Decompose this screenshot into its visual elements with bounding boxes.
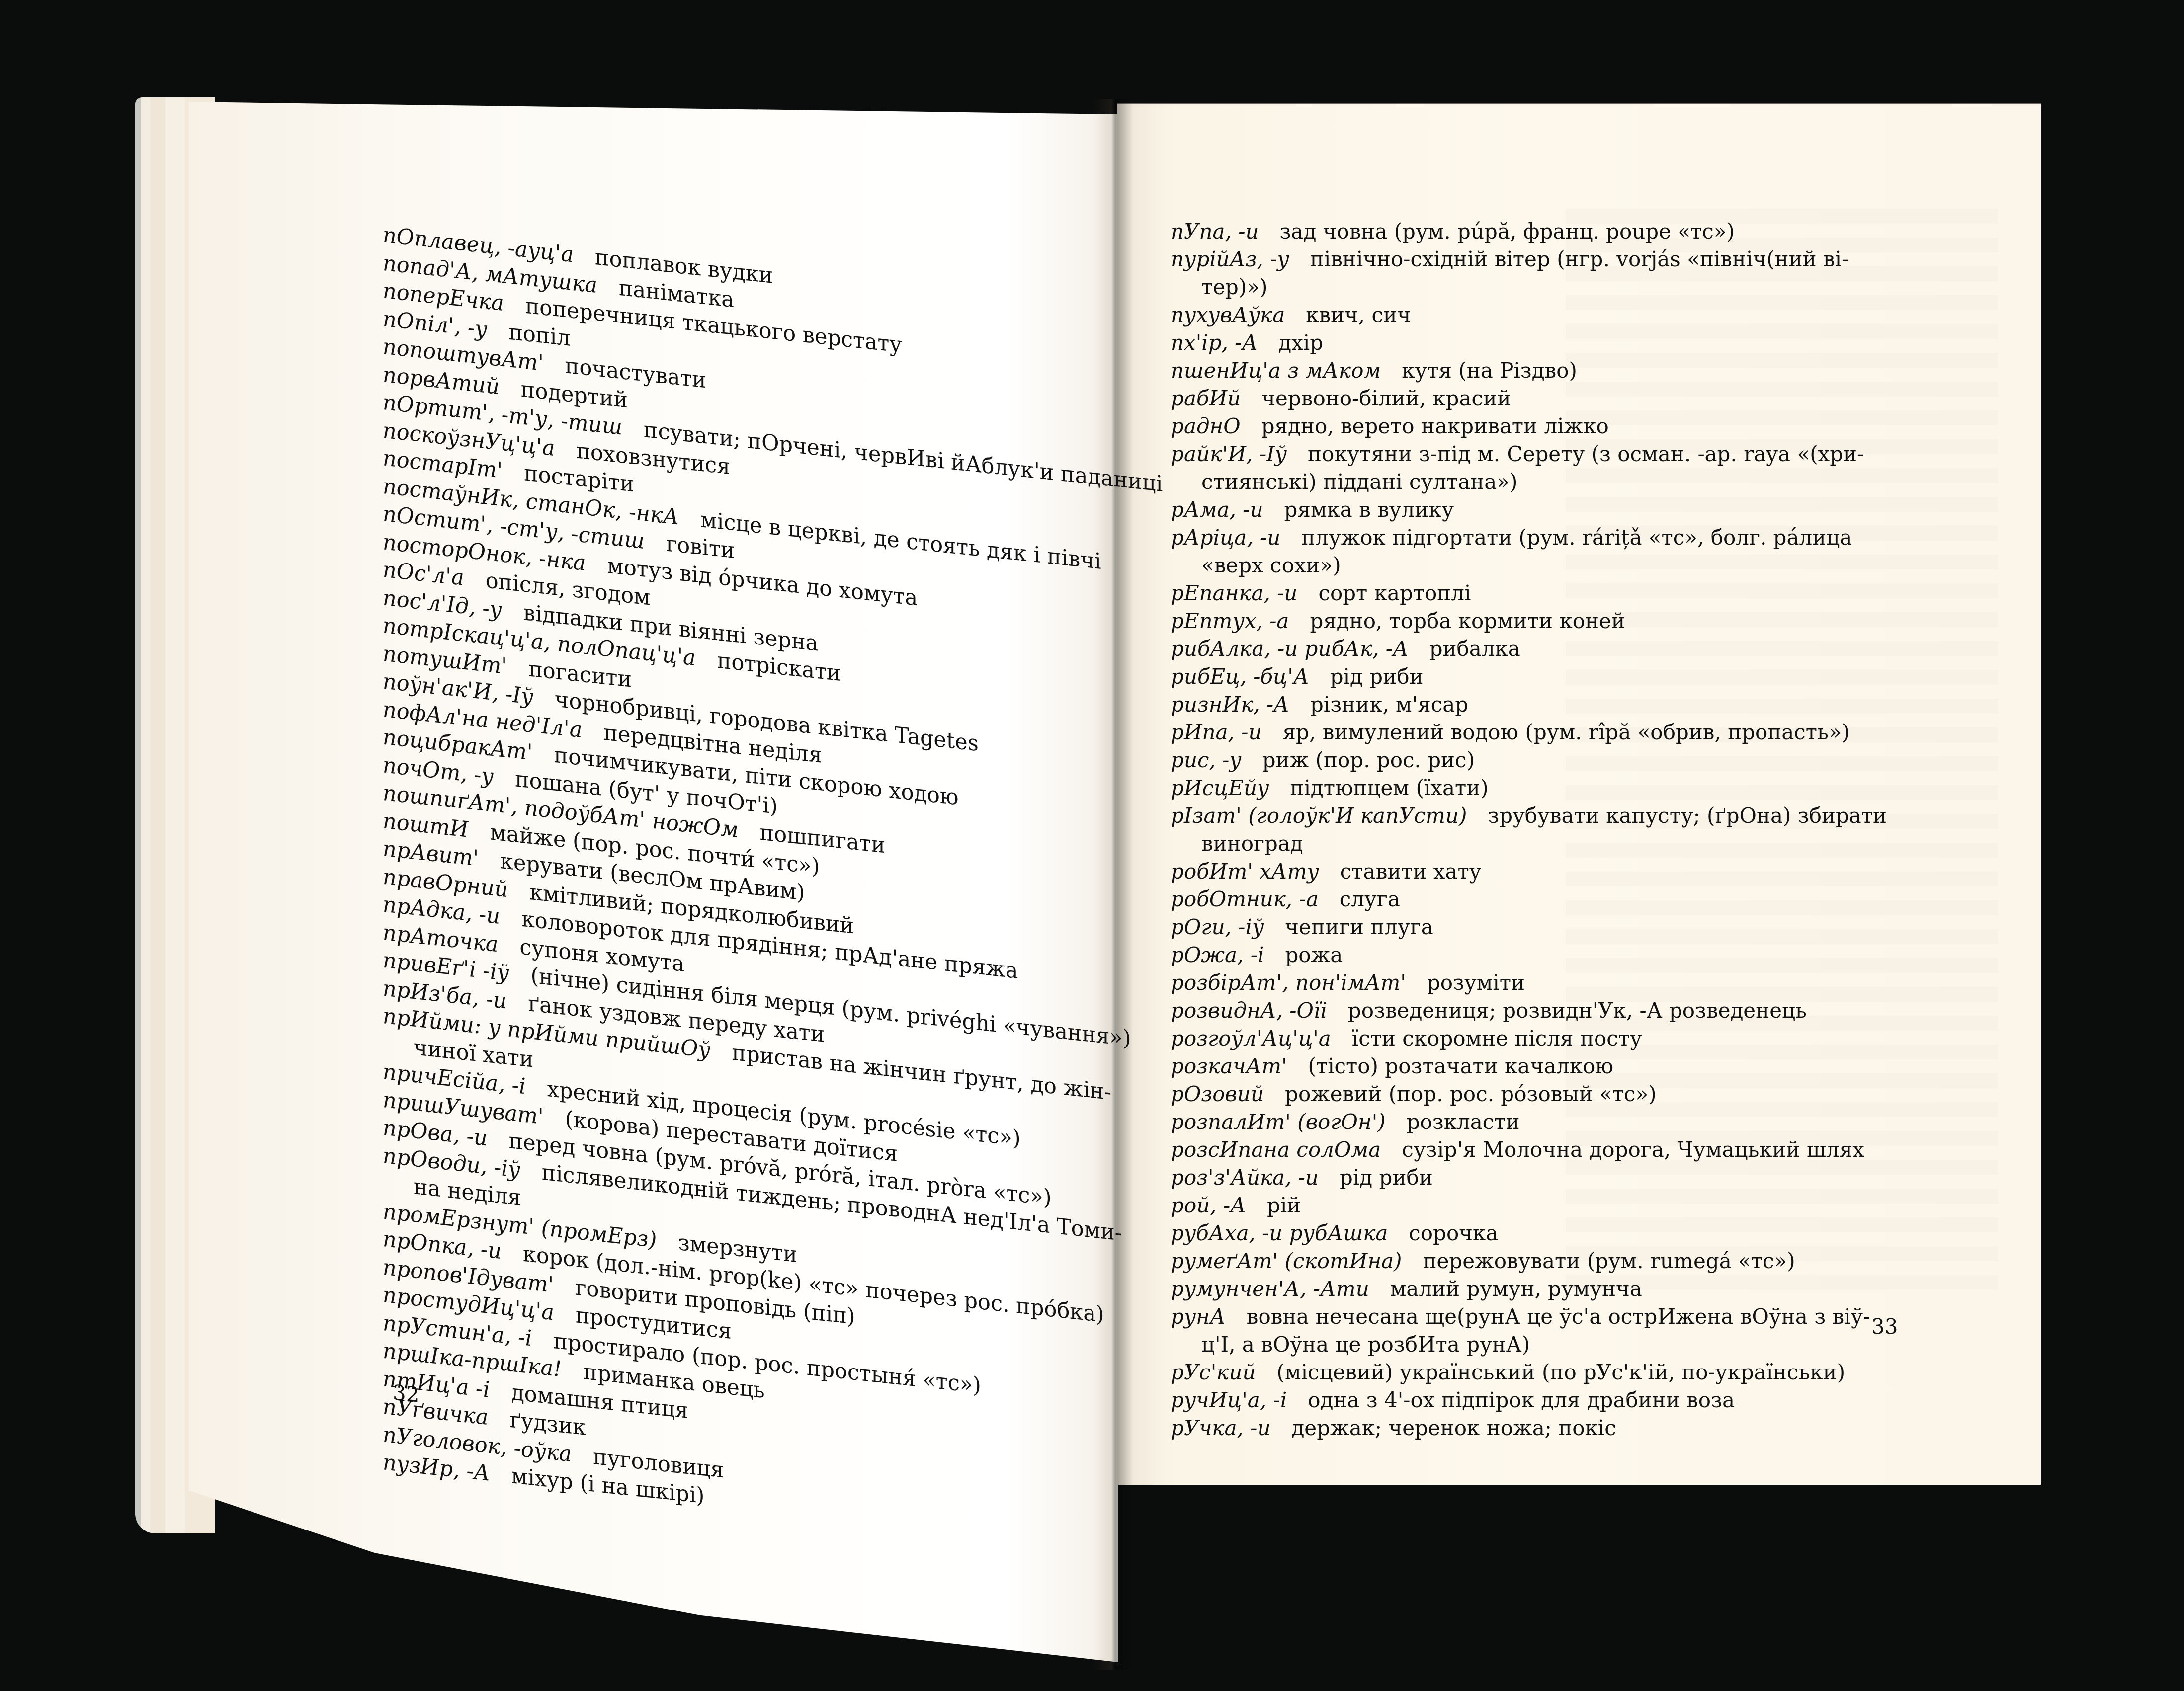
headword: розбірАт', пон'імАт' [1171, 970, 1406, 995]
dictionary-entry: розсИпана солОма сузір'я Молочна дорога,… [1171, 1136, 1886, 1164]
definition-continuation: ц'І, а вОўна це розбИта рунА) [1171, 1331, 1886, 1359]
dictionary-entry: рибАлка, -и рибАк, -А рибалка [1171, 635, 1886, 663]
definition: риж (пор. рос. рис) [1262, 748, 1475, 772]
definition: пережовувати (рум. rumegá «тс») [1423, 1249, 1795, 1273]
dictionary-entry: рЕпанка, -и сорт картоплі [1171, 579, 1886, 607]
definition: ставити хату [1340, 859, 1482, 884]
definition: рядно, верето накривати ліжко [1261, 414, 1609, 438]
headword: розпалИт' (вогОн') [1171, 1110, 1386, 1134]
dictionary-entry: рунА вовна нечесана ще(рунА це ўс'а остр… [1171, 1303, 1886, 1331]
definition: рожевий (пор. рос. ро́зовый «тс») [1285, 1082, 1657, 1106]
definition: кутя (на Різдво) [1402, 358, 1577, 383]
dictionary-entry: рой, -А рій [1171, 1192, 1886, 1219]
definition-continuation: тер)») [1171, 273, 1886, 301]
headword: рОжа, -і [1171, 943, 1264, 967]
definition: рибалка [1429, 637, 1520, 661]
dictionary-entry: рОжа, -і рожа [1171, 941, 1886, 969]
dictionary-entry: румеґАт' (скотИна) пережовувати (рум. ru… [1171, 1247, 1886, 1275]
definition: (місцевий) український (по рУс'к'ій, по-… [1277, 1360, 1846, 1384]
definition: (тісто) розтачати качалкою [1308, 1054, 1613, 1078]
dictionary-entry: рИсцЕйу підтюпцем (їхати) [1171, 774, 1886, 802]
dictionary-entry: розбірАт', пон'імАт' розуміти [1171, 969, 1886, 997]
dictionary-entry: райк'И, -Іў покутяни з-під м. Серету (з … [1171, 440, 1886, 468]
definition: сорочка [1409, 1221, 1498, 1245]
headword: пшенИц'а з мАком [1171, 358, 1381, 383]
definition: північно-східній вітер (нгр. vorjás «пів… [1310, 247, 1848, 271]
headword: рубАха, -и рубАшка [1171, 1221, 1388, 1245]
dictionary-entry: пурійАз, -у північно-східній вітер (нгр.… [1171, 245, 1886, 273]
dictionary-entry: рІзат' (голоўк'И капУсти) зрубувати капу… [1171, 802, 1886, 830]
definition: зрубувати капусту; (ґрОна) збирати [1488, 804, 1887, 828]
dictionary-entry: робОтник, -а слуга [1171, 886, 1886, 913]
dictionary-entry: рУчка, -и держак; черенок ножа; покіс [1171, 1414, 1886, 1442]
dictionary-entry: рИпа, -и яр, вимулений водою (рум. rîpă … [1171, 719, 1886, 746]
dictionary-entry: рис, -у риж (пор. рос. рис) [1171, 746, 1886, 774]
book-spine [1093, 99, 1133, 1670]
dictionary-entry: розкачАт' (тісто) розтачати качалкою [1171, 1052, 1886, 1080]
definition: рямка в вулику [1284, 497, 1454, 522]
headword: рой, -А [1171, 1193, 1246, 1217]
headword: розгоўл'Ац'ц'а [1171, 1026, 1331, 1050]
dictionary-entry: рЕптух, -а рядно, торба кормити коней [1171, 607, 1886, 635]
definition: сорт картоплі [1318, 581, 1471, 605]
definition: яр, вимулений водою (рум. rîpă «обрив, п… [1283, 720, 1850, 744]
headword: рабИй [1171, 386, 1241, 410]
dictionary-entry: рУс'кий (місцевий) український (по рУс'к… [1171, 1359, 1886, 1386]
definition: малий румун, румунча [1390, 1277, 1642, 1301]
page-number-right: 33 [1871, 1314, 1898, 1339]
headword: роз'з'Айка, -и [1171, 1165, 1319, 1190]
dictionary-entry: роз'з'Айка, -и рід риби [1171, 1164, 1886, 1192]
dictionary-entry: пх'ір, -А дхір [1171, 329, 1886, 357]
headword: робОтник, -а [1171, 887, 1319, 911]
definition: рій [1267, 1193, 1301, 1217]
definition: попіл [508, 319, 570, 351]
definition: слуга [1340, 887, 1400, 911]
headword: рАма, -и [1171, 497, 1263, 522]
definition-continuation: стиянські) піддані султана») [1171, 468, 1886, 496]
headword: пх'ір, -А [1171, 330, 1258, 355]
definition: рід риби [1340, 1165, 1433, 1190]
definition: рядно, торба кормити коней [1310, 609, 1625, 633]
dictionary-entry: рАріца, -и плужок підгортати (рум. ráriț… [1171, 524, 1886, 552]
dictionary-entry: ризнИк, -А різник, м'ясар [1171, 691, 1886, 719]
headword: рИпа, -и [1171, 720, 1262, 744]
headword: рибЕц, -бц'А [1171, 664, 1309, 689]
headword: робИт' хАту [1171, 859, 1319, 884]
headword: рЕпанка, -и [1171, 581, 1297, 605]
open-book: пОплавец, -ауц'а поплавок вудкипопад'А, … [0, 0, 2184, 1691]
dictionary-entry: рибЕц, -бц'А рід риби [1171, 663, 1886, 691]
dictionary-entry: розгоўл'Ац'ц'а їсти скоромне після посту [1171, 1025, 1886, 1052]
headword: рибАлка, -и рибАк, -А [1171, 637, 1409, 661]
page-number-left: 32 [393, 1380, 419, 1407]
headword: розсИпана солОма [1171, 1137, 1381, 1162]
dictionary-entry: рОги, -іў чепиги плуга [1171, 913, 1886, 941]
headword: рОзовий [1171, 1082, 1264, 1106]
definition: рожа [1285, 943, 1343, 967]
definition: одна з 4'-ох підпірок для драбини воза [1308, 1388, 1735, 1412]
right-page-entries: пУпа, -и зад човна (рум. púpă, франц. po… [1171, 218, 1886, 1442]
headword: пУпа, -и [1171, 219, 1259, 243]
dictionary-entry: пшенИц'а з мАком кутя (на Різдво) [1171, 357, 1886, 385]
definition: держак; черенок ножа; покіс [1291, 1416, 1616, 1440]
definition: дхір [1278, 330, 1323, 355]
headword: рУчка, -и [1171, 1416, 1270, 1440]
definition: їсти скоромне після посту [1352, 1026, 1642, 1050]
dictionary-entry: ручИц'а, -і одна з 4'-ох підпірок для др… [1171, 1386, 1886, 1414]
definition: плужок підгортати (рум. rárițǎ «тс», бол… [1301, 525, 1852, 550]
definition: розуміти [1427, 970, 1525, 995]
headword: ручИц'а, -і [1171, 1388, 1287, 1412]
definition: чепиги плуга [1285, 915, 1433, 939]
headword: рУс'кий [1171, 1360, 1256, 1384]
headword: рАріца, -и [1171, 525, 1280, 550]
definition: розведениця; розвидн'Ук, -А розведенець [1348, 998, 1807, 1023]
definition: різник, м'ясар [1310, 692, 1468, 717]
definition: зад човна (рум. púpă, франц. poupe «тс») [1279, 219, 1735, 243]
dictionary-entry: рубАха, -и рубАшка сорочка [1171, 1219, 1886, 1247]
dictionary-entry: розпалИт' (вогОн') розкласти [1171, 1108, 1886, 1136]
headword: пурійАз, -у [1171, 247, 1289, 271]
headword: ризнИк, -А [1171, 692, 1289, 717]
definition: покутяни з-під м. Серету (з осман. -ар. … [1308, 442, 1864, 466]
headword: рИсцЕйу [1171, 776, 1269, 800]
headword: раднО [1171, 414, 1241, 438]
dictionary-entry: румунчен'А, -Ати малий румун, румунча [1171, 1275, 1886, 1303]
dictionary-entry: робИт' хАту ставити хату [1171, 858, 1886, 886]
left-page-entries: пОплавец, -ауц'а поплавок вудкипопад'А, … [383, 221, 1089, 1550]
dictionary-entry: пУпа, -и зад човна (рум. púpă, франц. po… [1171, 218, 1886, 245]
headword: розкачАт' [1171, 1054, 1287, 1078]
definition: червоно-білий, красий [1261, 386, 1511, 410]
dictionary-entry: пухувАўка квич, сич [1171, 301, 1886, 329]
definition: розкласти [1407, 1110, 1520, 1134]
dictionary-entry: рабИй червоно-білий, красий [1171, 385, 1886, 412]
dictionary-entry: рАма, -и рямка в вулику [1171, 496, 1886, 524]
headword: розвиднА, -Оїі [1171, 998, 1327, 1023]
definition-continuation: «верх сохи») [1171, 552, 1886, 579]
headword: румеґАт' (скотИна) [1171, 1249, 1402, 1273]
headword: райк'И, -Іў [1171, 442, 1287, 466]
dictionary-entry: рОзовий рожевий (пор. рос. ро́зовый «тс»… [1171, 1080, 1886, 1108]
definition: рід риби [1330, 664, 1424, 689]
headword: рІзат' (голоўк'И капУсти) [1171, 804, 1467, 828]
definition-continuation: виноград [1171, 830, 1886, 858]
definition: квич, сич [1306, 303, 1411, 327]
dictionary-entry: раднО рядно, верето накривати ліжко [1171, 412, 1886, 440]
definition: сузір'я Молочна дорога, Чумацький шлях [1402, 1137, 1864, 1162]
definition: підтюпцем (їхати) [1290, 776, 1488, 800]
dictionary-entry: розвиднА, -Оїі розведениця; розвидн'Ук, … [1171, 997, 1886, 1025]
headword: рис, -у [1171, 748, 1242, 772]
headword: пухувАўка [1171, 303, 1285, 327]
headword: рОги, -іў [1171, 915, 1264, 939]
definition: вовна нечесана ще(рунА це ўс'а острИжена… [1247, 1304, 1870, 1329]
headword: рунА [1171, 1304, 1226, 1329]
headword: румунчен'А, -Ати [1171, 1277, 1369, 1301]
headword: рЕптух, -а [1171, 609, 1289, 633]
